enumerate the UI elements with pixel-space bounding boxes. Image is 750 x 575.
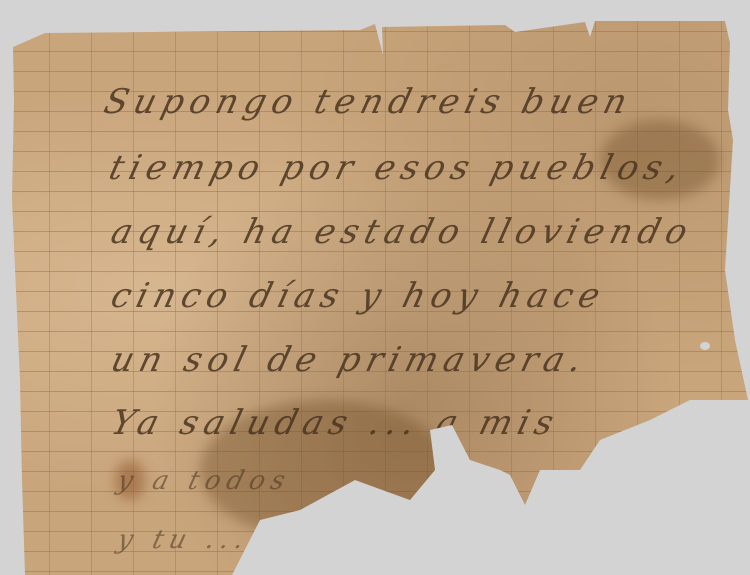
- letter-line-8: y tu ... Chon: [114, 525, 360, 555]
- letter-line-1: Supongo tendreis buen: [100, 82, 637, 122]
- paper-hole: [700, 342, 710, 350]
- letter-line-6: Ya saludas ... a mis: [107, 403, 564, 443]
- letter-line-5: un sol de primavera.: [107, 340, 592, 380]
- letter-line-7: y a todos: [114, 466, 294, 496]
- letter-line-4: cinco días y hoy hace: [107, 276, 610, 316]
- letter-paper: Supongo tendreis buen tiempo por esos pu…: [0, 0, 750, 575]
- letter-line-3: aquí, ha estado lloviendo: [107, 212, 697, 252]
- letter-line-2: tiempo por esos pueblos,: [105, 148, 690, 188]
